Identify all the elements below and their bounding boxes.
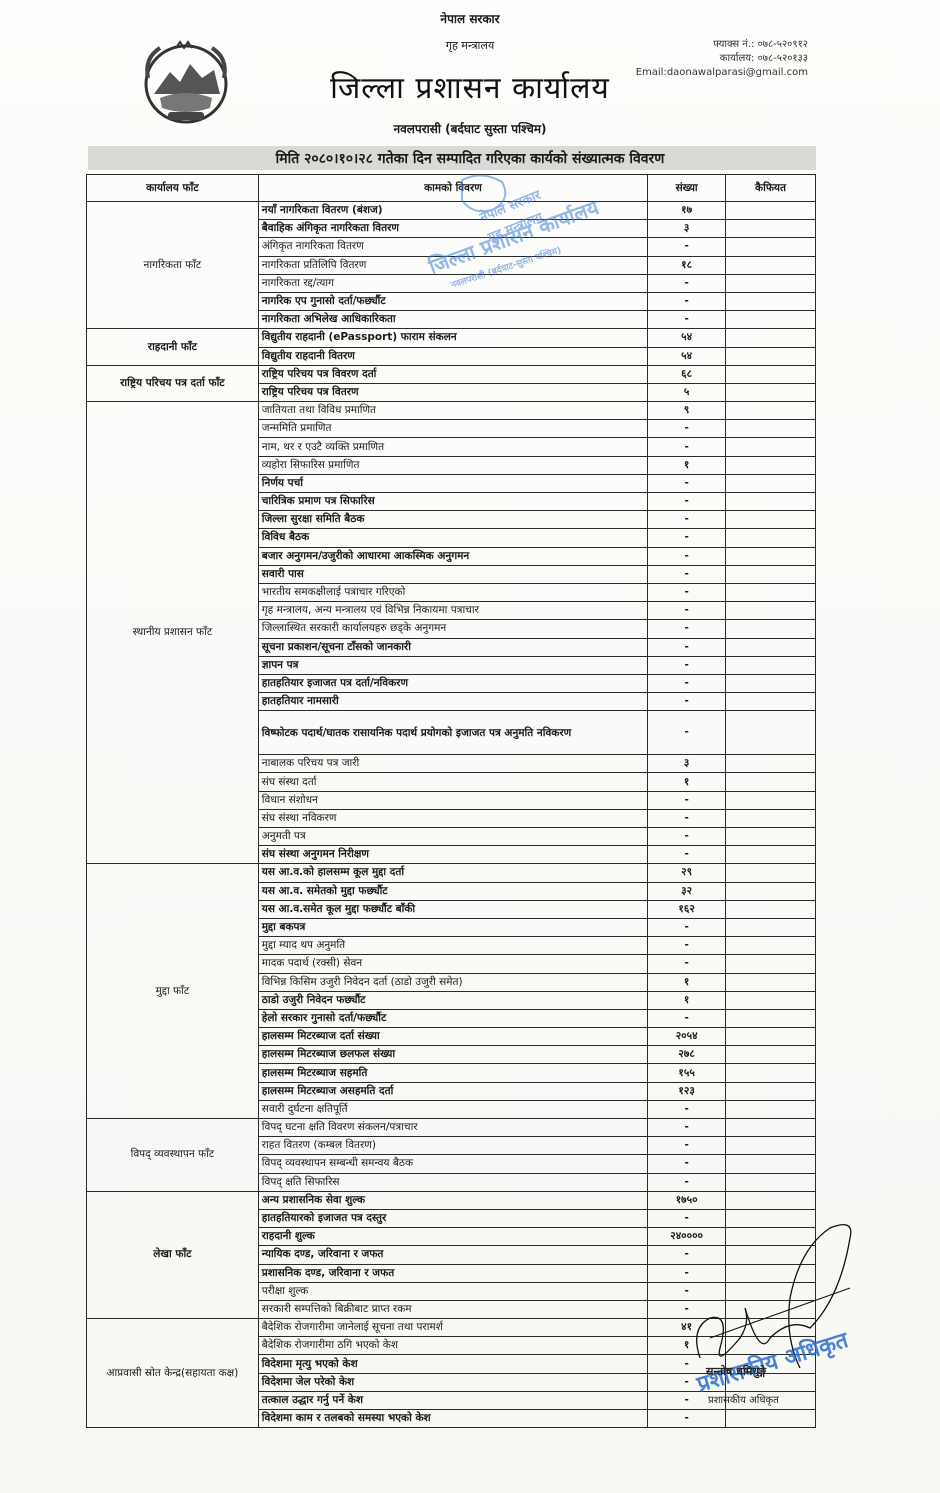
task-description: बैदेशिक रोजगारीमा ठगि भएको केश — [258, 1337, 647, 1355]
task-description: जातियता तथा विविध प्रमाणित — [258, 402, 647, 420]
task-remarks — [726, 1155, 816, 1173]
section-name: राहदानी फाँट — [87, 329, 259, 365]
section-name: स्थानीय प्रशासन फाँट — [87, 402, 259, 864]
task-description: हेलो सरकार गुनासो दर्ता/फर्छ्यौट — [258, 1009, 647, 1027]
task-description: विद्युतीय राहदानी वितरण — [258, 347, 647, 365]
task-remarks — [726, 202, 816, 220]
task-description: प्रशासनिक दण्ड, जरिवाना र जफत — [258, 1264, 647, 1282]
task-count: १ — [648, 1337, 726, 1355]
table-row: आप्रवासी स्रोत केन्द्र(सहायता कक्ष)बैदेश… — [87, 1319, 816, 1337]
office-phone: कार्यालय: ०७८-५२०१३३ — [636, 52, 808, 66]
table-row: लेखा फाँटअन्य प्रशासनिक सेवा शुल्क१७५० — [87, 1191, 816, 1209]
task-count: - — [648, 656, 726, 674]
task-description: परीक्षा शुल्क — [258, 1282, 647, 1300]
task-remarks — [726, 474, 816, 492]
task-description: नागरिकता अभिलेख आधिकारिकता — [258, 311, 647, 329]
task-remarks — [726, 674, 816, 692]
task-count: १ — [648, 456, 726, 474]
task-count: - — [648, 493, 726, 511]
task-description: विभिन्न किसिम उजुरी निवेदन दर्ता (ठाडो उ… — [258, 973, 647, 991]
task-count: - — [648, 529, 726, 547]
task-count: ६८ — [648, 365, 726, 383]
task-count: ५४ — [648, 329, 726, 347]
task-count: - — [648, 420, 726, 438]
task-description: विधान संशोधन — [258, 791, 647, 809]
task-remarks — [726, 329, 816, 347]
task-remarks — [726, 365, 816, 383]
task-count: १८ — [648, 256, 726, 274]
task-remarks — [726, 347, 816, 365]
task-remarks — [726, 1228, 816, 1246]
task-remarks — [726, 1209, 816, 1227]
task-remarks — [726, 1028, 816, 1046]
task-remarks — [726, 1046, 816, 1064]
task-description: तत्काल उद्धार गर्नु पर्ने केश — [258, 1391, 647, 1409]
task-remarks — [726, 638, 816, 656]
task-description: मुद्दा म्याद थप अनुमति — [258, 937, 647, 955]
task-count: १ — [648, 991, 726, 1009]
task-description: व्यहोरा सिफारिस प्रमाणित — [258, 456, 647, 474]
task-count: २४०००० — [648, 1228, 726, 1246]
task-description: भारतीय समकक्षीलाई पत्राचार गरिएको — [258, 583, 647, 601]
task-description: मुद्दा बकपत्र — [258, 918, 647, 936]
task-count: - — [648, 809, 726, 827]
task-description: बैदेशिक रोजगारीमा जानेलाई सूचना तथा पराम… — [258, 1319, 647, 1337]
task-remarks — [726, 1064, 816, 1082]
task-count: - — [648, 547, 726, 565]
task-remarks — [726, 602, 816, 620]
task-description: राष्ट्रिय परिचय पत्र विवरण दर्ता — [258, 365, 647, 383]
task-count: - — [648, 1137, 726, 1155]
task-count: १५५ — [648, 1064, 726, 1082]
task-description: मादक पदार्थ (रक्सी) सेवन — [258, 955, 647, 973]
task-description: नागरिकता प्रतिलिपि वितरण — [258, 256, 647, 274]
table-row: नागरिकता फाँटनयाँ नागरिकता वितरण (बंशज)१… — [87, 202, 816, 220]
task-description: राहदानी शुल्क — [258, 1228, 647, 1246]
task-remarks — [726, 1191, 816, 1209]
task-remarks — [726, 656, 816, 674]
task-description: अनुमती पत्र — [258, 828, 647, 846]
task-remarks — [726, 529, 816, 547]
task-description: नाबालक परिचय पत्र जारी — [258, 755, 647, 773]
task-description: विदेशमा काम र तलबको समस्या भएको केश — [258, 1410, 647, 1428]
task-description: अन्य प्रशासनिक सेवा शुल्क — [258, 1191, 647, 1209]
section-name: विपद् व्यवस्थापन फाँट — [87, 1119, 259, 1192]
column-header-section: कार्यालय फाँट — [87, 175, 259, 202]
task-count: ९ — [648, 402, 726, 420]
task-description: बजार अनुगमन/उजुरीको आधारमा आकस्मिक अनुगम… — [258, 547, 647, 565]
task-remarks — [726, 773, 816, 791]
task-remarks — [726, 711, 816, 755]
task-count: २७८ — [648, 1046, 726, 1064]
task-remarks — [726, 292, 816, 310]
task-count: - — [648, 311, 726, 329]
task-remarks — [726, 828, 816, 846]
task-description: विपद् क्षति सिफारिस — [258, 1173, 647, 1191]
task-remarks — [726, 882, 816, 900]
column-header-count: संख्या — [648, 175, 726, 202]
task-count: १ — [648, 773, 726, 791]
task-remarks — [726, 809, 816, 827]
task-remarks — [726, 1246, 816, 1264]
task-description: नाम, थर र एउटै व्यक्ति प्रमाणित — [258, 438, 647, 456]
task-remarks — [726, 937, 816, 955]
task-description: गृह मन्त्रालय, अन्य मन्त्रालय एवं विभिन्… — [258, 602, 647, 620]
task-count: १६२ — [648, 900, 726, 918]
task-count: - — [648, 1246, 726, 1264]
task-count: १ — [648, 973, 726, 991]
task-remarks — [726, 955, 816, 973]
table-row: मुद्दा फाँटयस आ.व.को हालसम्म कूल मुद्दा … — [87, 864, 816, 882]
task-remarks — [726, 693, 816, 711]
task-description: संघ संस्था अनुगमन निरीक्षण — [258, 846, 647, 864]
task-description: विद्युतीय राहदानी (ePassport) फाराम संकल… — [258, 329, 647, 347]
task-count: - — [648, 1282, 726, 1300]
task-count: १७ — [648, 202, 726, 220]
task-count: - — [648, 711, 726, 755]
contact-info: फ्याक्स नं.: ०७८-५२०९१२ कार्यालय: ०७८-५२… — [636, 38, 808, 80]
task-count: - — [648, 1009, 726, 1027]
task-count: - — [648, 602, 726, 620]
table-row: स्थानीय प्रशासन फाँटजातियता तथा विविध प्… — [87, 402, 816, 420]
task-remarks — [726, 973, 816, 991]
task-description: यस आ.व. समेतको मुद्दा फर्छ्यौट — [258, 882, 647, 900]
table-header-row: कार्यालय फाँट कामको विवरण संख्या कैफियत — [87, 175, 816, 202]
task-count: ३२ — [648, 882, 726, 900]
fax-number: फ्याक्स नं.: ०७८-५२०९१२ — [636, 38, 808, 52]
task-count: - — [648, 1119, 726, 1137]
task-count: - — [648, 1300, 726, 1318]
task-count: २९ — [648, 864, 726, 882]
task-description: जिल्लास्थित सरकारी कार्यालयहरु छड्के अनु… — [258, 620, 647, 638]
task-description: संघ संस्था दर्ता — [258, 773, 647, 791]
task-description: विदेशमा मृत्यु भएको केश — [258, 1355, 647, 1373]
task-description: निर्णय पर्चा — [258, 474, 647, 492]
task-remarks — [726, 1410, 816, 1428]
task-description: हातहतियार नामसारी — [258, 693, 647, 711]
task-count: २०५४ — [648, 1028, 726, 1046]
task-remarks — [726, 755, 816, 773]
task-count: - — [648, 1410, 726, 1428]
task-description: हालसम्म मिटरब्याज छलफल संख्या — [258, 1046, 647, 1064]
task-count: - — [648, 955, 726, 973]
district-name: नवलपरासी (बर्दघाट सुस्ता पश्चिम) — [0, 120, 940, 137]
task-count: - — [648, 438, 726, 456]
task-count: - — [648, 292, 726, 310]
table-body: नागरिकता फाँटनयाँ नागरिकता वितरण (बंशज)१… — [87, 202, 816, 1428]
task-description: विपद् व्यवस्थापन सम्बन्धी समन्वय बैठक — [258, 1155, 647, 1173]
task-remarks — [726, 864, 816, 882]
task-description: नागरिक एप गुनासो दर्ता/फर्छ्यौट — [258, 292, 647, 310]
task-description: जिल्ला सुरक्षा समिति बैठक — [258, 511, 647, 529]
task-remarks — [726, 1264, 816, 1282]
task-description: राष्ट्रिय परिचय पत्र वितरण — [258, 383, 647, 401]
column-header-remarks: कैफियत — [726, 175, 816, 202]
task-count: - — [648, 846, 726, 864]
task-description: चारित्रिक प्रमाण पत्र सिफारिस — [258, 493, 647, 511]
task-description: जन्ममिति प्रमाणित — [258, 420, 647, 438]
task-count: - — [648, 474, 726, 492]
task-remarks — [726, 456, 816, 474]
section-name: राष्ट्रिय परिचय पत्र दर्ता फाँट — [87, 365, 259, 401]
task-count: ३ — [648, 220, 726, 238]
task-count: - — [648, 1100, 726, 1118]
task-count: - — [648, 828, 726, 846]
task-remarks — [726, 220, 816, 238]
task-count: - — [648, 511, 726, 529]
task-description: सरकारी सम्पत्तिको बिक्रीबाट प्राप्त रकम — [258, 1300, 647, 1318]
table-row: राहदानी फाँटविद्युतीय राहदानी (ePassport… — [87, 329, 816, 347]
task-description: सवारी पास — [258, 565, 647, 583]
report-table: कार्यालय फाँट कामको विवरण संख्या कैफियत … — [86, 174, 816, 1428]
task-remarks — [726, 1082, 816, 1100]
task-description: अंगिकृत नागरिकता वितरण — [258, 238, 647, 256]
task-description: हातहतियारको इजाजत पत्र दस्तुर — [258, 1209, 647, 1227]
task-description: हातहतियार इजाजत पत्र दर्ता/नविकरण — [258, 674, 647, 692]
task-remarks — [726, 402, 816, 420]
task-description: न्यायिक दण्ड, जरिवाना र जफत — [258, 1246, 647, 1264]
task-description: बैवाहिक अंगिकृत नागरिकता वितरण — [258, 220, 647, 238]
section-name: आप्रवासी स्रोत केन्द्र(सहायता कक्ष) — [87, 1319, 259, 1428]
signatory-title: प्रशासकीय अधिकृत — [708, 1392, 779, 1406]
document-page: नेपाल सरकार गृह मन्त्रालय जिल्ला प्रशासन… — [0, 0, 940, 1493]
task-description: ज्ञापन पत्र — [258, 656, 647, 674]
task-description: हालसम्म मिटरब्याज असहमति दर्ता — [258, 1082, 647, 1100]
task-remarks — [726, 1100, 816, 1118]
task-remarks — [726, 791, 816, 809]
task-description: विपद् घटना क्षति विवरण संकलन/पत्राचार — [258, 1119, 647, 1137]
task-description: संघ संस्था नविकरण — [258, 809, 647, 827]
task-count: - — [648, 791, 726, 809]
task-count: १७५० — [648, 1191, 726, 1209]
task-count: - — [648, 1155, 726, 1173]
task-count: - — [648, 565, 726, 583]
task-description: नयाँ नागरिकता वितरण (बंशज) — [258, 202, 647, 220]
task-remarks — [726, 420, 816, 438]
task-remarks — [726, 900, 816, 918]
task-description: हालसम्म मिटरब्याज सहमति — [258, 1064, 647, 1082]
task-count: - — [648, 918, 726, 936]
task-remarks — [726, 1137, 816, 1155]
task-remarks — [726, 1009, 816, 1027]
task-count: - — [648, 937, 726, 955]
task-count: - — [648, 238, 726, 256]
task-count: ४१ — [648, 1319, 726, 1337]
task-remarks — [726, 565, 816, 583]
task-count: - — [648, 1209, 726, 1227]
signatory-name: सन्तोष धमिधुङ्गे — [706, 1364, 766, 1379]
task-count: ५४ — [648, 347, 726, 365]
task-remarks — [726, 493, 816, 511]
task-description: सूचना प्रकाशन/सूचना टाँसको जानकारी — [258, 638, 647, 656]
task-remarks — [726, 383, 816, 401]
report-title: मिति २०८०।१०।२८ गतेका दिन सम्पादित गरिएक… — [0, 149, 940, 168]
task-remarks — [726, 311, 816, 329]
task-remarks — [726, 1319, 816, 1337]
government-name: नेपाल सरकार — [0, 10, 940, 27]
task-remarks — [726, 620, 816, 638]
section-name: लेखा फाँट — [87, 1191, 259, 1318]
task-remarks — [726, 991, 816, 1009]
column-header-description: कामको विवरण — [258, 175, 647, 202]
task-count: - — [648, 674, 726, 692]
task-remarks — [726, 918, 816, 936]
task-remarks — [726, 1173, 816, 1191]
task-description: यस आ.व.को हालसम्म कूल मुद्दा दर्ता — [258, 864, 647, 882]
task-count: - — [648, 620, 726, 638]
task-count: ३ — [648, 755, 726, 773]
task-count: ५ — [648, 383, 726, 401]
task-remarks — [726, 438, 816, 456]
task-count: - — [648, 583, 726, 601]
section-name: मुद्दा फाँट — [87, 864, 259, 1119]
task-remarks — [726, 1119, 816, 1137]
task-remarks — [726, 256, 816, 274]
task-count: - — [648, 1264, 726, 1282]
task-description: सवारी दुर्घटना क्षतिपूर्ति — [258, 1100, 647, 1118]
task-remarks — [726, 547, 816, 565]
task-count: - — [648, 274, 726, 292]
task-count: - — [648, 1173, 726, 1191]
task-remarks — [726, 1300, 816, 1318]
task-remarks — [726, 583, 816, 601]
task-description: यस आ.व.समेत कूल मुद्दा फर्छ्यौट बाँकी — [258, 900, 647, 918]
task-description: विदेशमा जेल परेको केश — [258, 1373, 647, 1391]
task-description: हालसम्म मिटरब्याज दर्ता संख्या — [258, 1028, 647, 1046]
task-remarks — [726, 1282, 816, 1300]
task-count: - — [648, 693, 726, 711]
task-description: राहत वितरण (कम्बल वितरण) — [258, 1137, 647, 1155]
task-count: १२३ — [648, 1082, 726, 1100]
table-row: राष्ट्रिय परिचय पत्र दर्ता फाँटराष्ट्रिय… — [87, 365, 816, 383]
task-description: ठाडो उजुरी निवेदन फर्छ्यौट — [258, 991, 647, 1009]
task-remarks — [726, 238, 816, 256]
email-address: Email:daonawalparasi@gmail.com — [636, 66, 808, 80]
task-remarks — [726, 846, 816, 864]
task-description: विविध बैठक — [258, 529, 647, 547]
task-remarks — [726, 274, 816, 292]
task-description: विष्फोटक पदार्थ/घातक रासायनिक पदार्थ प्र… — [258, 711, 647, 755]
table-row: विपद् व्यवस्थापन फाँटविपद् घटना क्षति वि… — [87, 1119, 816, 1137]
task-remarks — [726, 511, 816, 529]
task-description: नागरिकता रद्द/त्याग — [258, 274, 647, 292]
section-name: नागरिकता फाँट — [87, 202, 259, 329]
task-count: - — [648, 638, 726, 656]
